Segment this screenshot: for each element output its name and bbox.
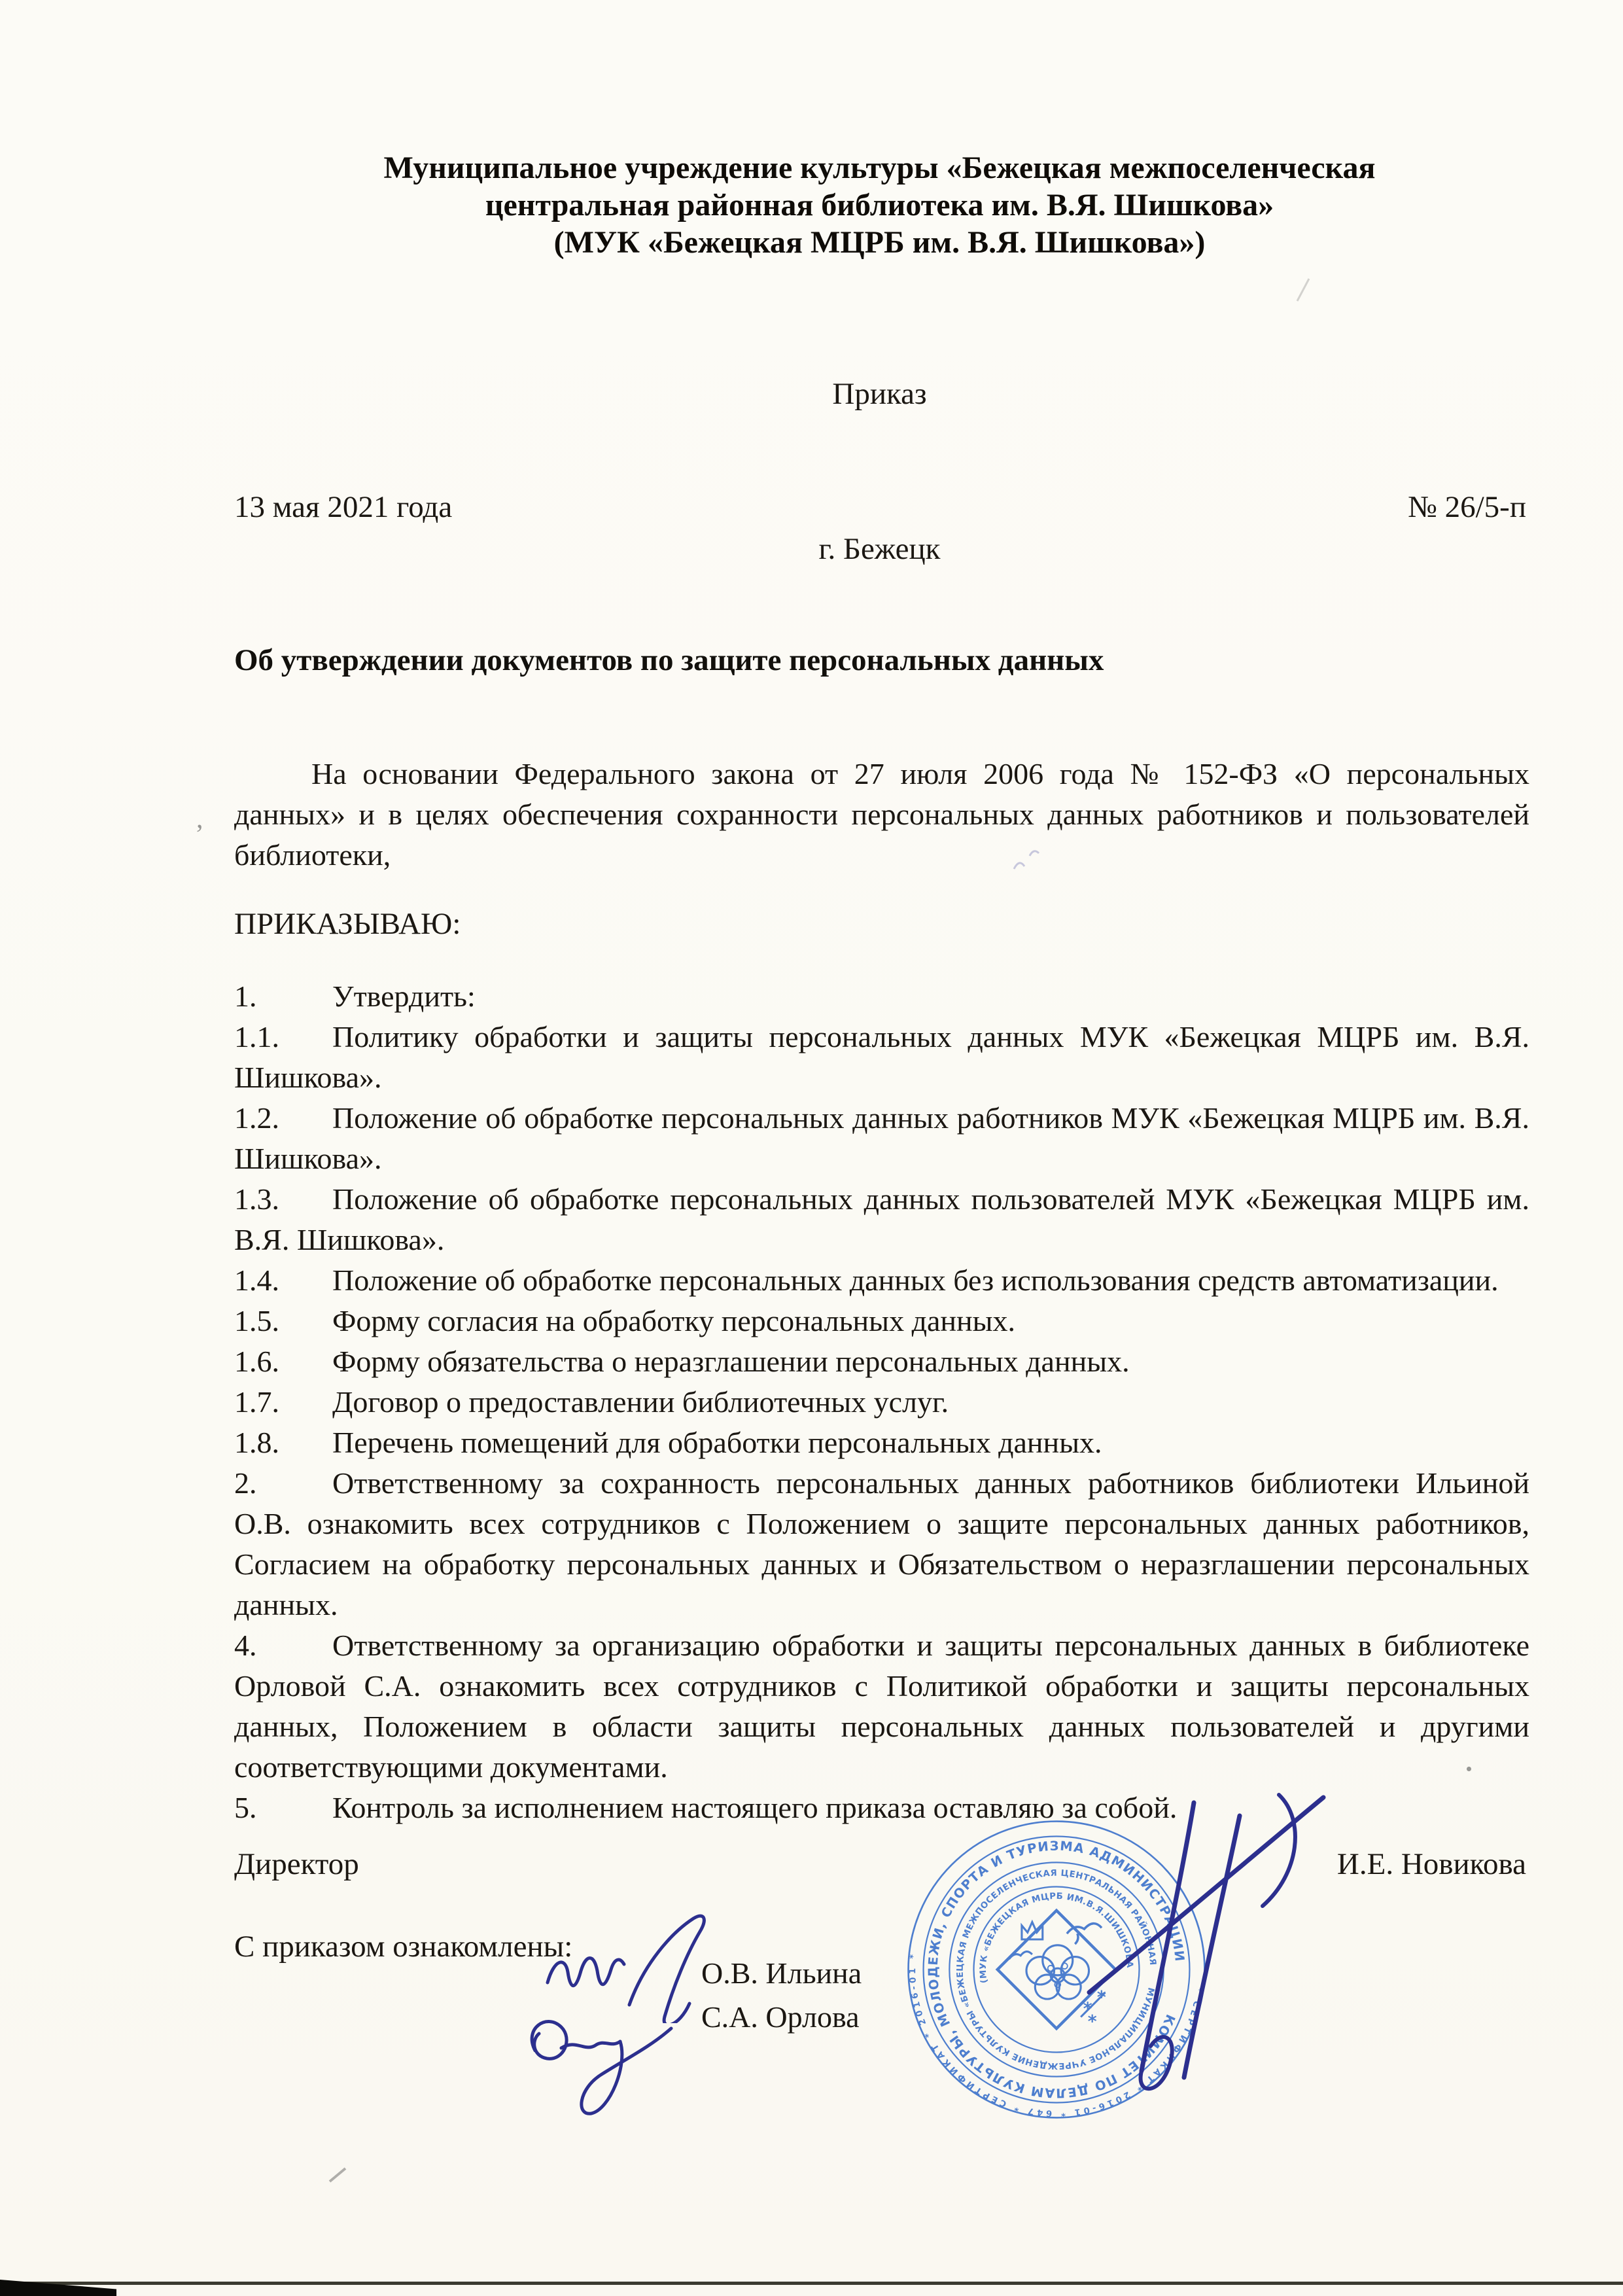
order-item-text: Утвердить:	[332, 980, 476, 1013]
order-item-text: Ответственному за сохранность персональн…	[234, 1466, 1529, 1621]
orlova-signature	[498, 1990, 688, 2128]
director-label: Директор	[234, 1846, 359, 1882]
scan-artifact-slash	[1292, 275, 1316, 305]
order-item-number: 5.	[234, 1788, 332, 1828]
order-item: 1.8.Перечень помещений для обработки пер…	[234, 1422, 1529, 1463]
order-item-number: 4.	[234, 1625, 332, 1666]
order-item: 1.7.Договор о предоставлении библиотечны…	[234, 1382, 1529, 1422]
order-item-number: 1.8.	[234, 1422, 332, 1463]
preamble-paragraph: На основании Федерального закона от 27 и…	[234, 754, 1529, 875]
date-number-row: 13 мая 2021 года № 26/5-п	[234, 489, 1526, 525]
org-name-line2: центральная районная библиотека им. В.Я.…	[234, 186, 1525, 224]
order-item: 1.1.Политику обработки и защиты персонал…	[234, 1017, 1529, 1098]
order-item: 1.4.Положение об обработке персональных …	[234, 1260, 1529, 1301]
order-item-text: Положение об обработке персональных данн…	[234, 1182, 1529, 1256]
order-item-number: 1.6.	[234, 1341, 332, 1382]
acknowledged-label: С приказом ознакомлены:	[234, 1929, 572, 1964]
order-item-text: Форму обязательства о неразглашении перс…	[332, 1345, 1130, 1378]
order-item: 1.6.Форму обязательства о неразглашении …	[234, 1341, 1529, 1382]
order-item-text: Перечень помещений для обработки персона…	[332, 1426, 1102, 1459]
document-number: № 26/5-п	[1408, 489, 1526, 525]
order-item-number: 2.	[234, 1463, 332, 1504]
order-item: 1.Утвердить:	[234, 976, 1529, 1017]
order-items-list: 1.Утвердить: 1.1.Политику обработки и за…	[234, 976, 1529, 1828]
order-item-number: 1.4.	[234, 1260, 332, 1301]
order-item-text: Ответственному за организацию обработки …	[234, 1629, 1529, 1784]
director-signature	[1030, 1776, 1338, 2104]
scanned-order-document: { "document": { "org": { "line1": "Муниц…	[0, 0, 1623, 2296]
org-name-line1: Муниципальное учреждение культуры «Бежец…	[234, 149, 1525, 186]
document-subject: Об утверждении документов по защите перс…	[234, 643, 1104, 678]
paper-sheet: Муниципальное учреждение культуры «Бежец…	[0, 0, 1623, 2296]
order-item: 1.2.Положение об обработке персональных …	[234, 1098, 1529, 1179]
order-item-text: Политику обработки и защиты персональных…	[234, 1020, 1529, 1094]
scan-artifact-tick	[326, 2163, 352, 2187]
order-item-number: 1.7.	[234, 1382, 332, 1422]
order-item-number: 1.	[234, 976, 332, 1017]
document-date: 13 мая 2021 года	[234, 489, 452, 525]
order-item-number: 1.2.	[234, 1098, 332, 1139]
order-item-number: 1.1.	[234, 1017, 332, 1057]
order-item-text: Положение об обработке персональных данн…	[234, 1101, 1529, 1175]
resolution-word: ПРИКАЗЫВАЮ:	[234, 906, 461, 942]
order-item-number: 1.3.	[234, 1179, 332, 1220]
order-item: 1.5.Форму согласия на обработку персонал…	[234, 1301, 1529, 1341]
order-item: 1.3.Положение об обработке персональных …	[234, 1179, 1529, 1260]
order-item-number: 1.5.	[234, 1301, 332, 1341]
order-item: 4.Ответственному за организацию обработк…	[234, 1625, 1529, 1788]
scan-bottom-edge	[0, 2282, 1623, 2285]
org-letterhead: Муниципальное учреждение культуры «Бежец…	[234, 149, 1525, 261]
document-type-title: Приказ	[234, 376, 1525, 412]
document-city: г. Бежецк	[234, 531, 1525, 567]
order-item-text: Договор о предоставлении библиотечных ус…	[332, 1385, 949, 1419]
director-name: И.Е. Новикова	[1337, 1846, 1526, 1882]
order-item: 2.Ответственному за сохранность персонал…	[234, 1463, 1529, 1625]
order-item-text: Положение об обработке персональных данн…	[332, 1263, 1499, 1297]
org-name-line3: (МУК «Бежецкая МЦРБ им. В.Я. Шишкова»)	[234, 224, 1525, 261]
order-item-text: Форму согласия на обработку персональных…	[332, 1304, 1015, 1337]
scan-artifact-comma: ,	[196, 804, 203, 835]
